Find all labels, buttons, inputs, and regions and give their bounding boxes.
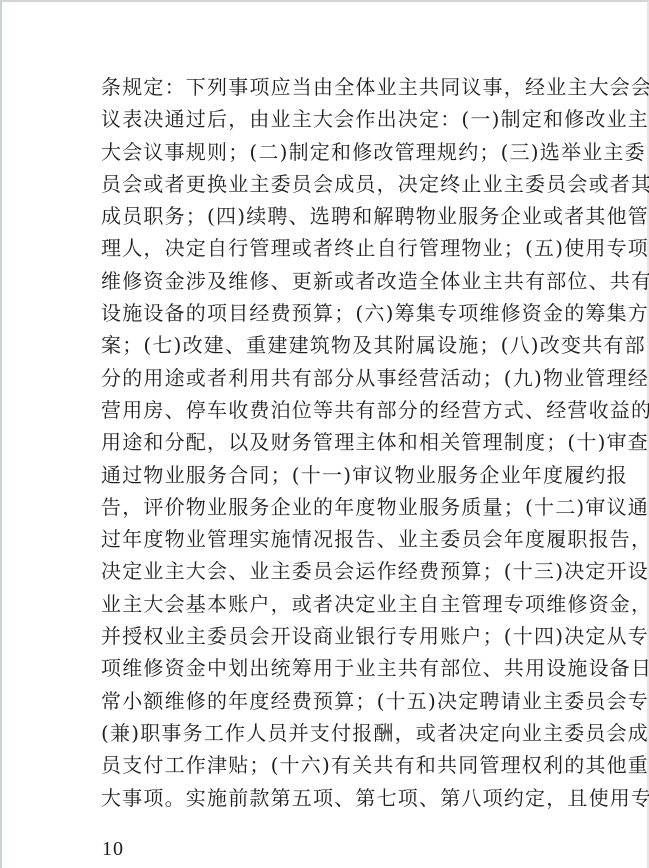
- text-line: (兼)职事务工作人员并支付报酬，或者决定向业主委员会成: [101, 717, 561, 749]
- text-line: 营用房、停车收费泊位等共有部分的经营方式、经营收益的: [101, 394, 561, 426]
- text-line: 议表决通过后，由业主大会作出决定：(一)制定和修改业主: [101, 103, 561, 135]
- text-line: 案；(七)改建、重建建筑物及其附属设施；(八)改变共有部: [101, 329, 561, 361]
- text-line: 常小额维修的年度经费预算；(十五)决定聘请业主委员会专: [101, 685, 561, 717]
- text-line: 条规定：下列事项应当由全体业主共同议事，经业主大会会: [101, 71, 561, 103]
- text-line: 设施设备的项目经费预算；(六)筹集专项维修资金的筹集方: [101, 297, 561, 329]
- text-line: 大会议事规则；(二)制定和修改管理规约；(三)选举业主委: [101, 136, 561, 168]
- text-line: 分的用途或者利用共有部分从事经营活动；(九)物业管理经: [101, 362, 561, 394]
- text-line: 告，评价物业服务企业的年度物业服务质量；(十二)审议通: [101, 491, 561, 523]
- text-line: 决定业主大会、业主委员会运作经费预算；(十三)决定开设: [101, 555, 561, 587]
- text-line: 大事项。实施前款第五项、第七项、第八项约定，且使用专: [101, 782, 561, 814]
- text-line: 员支付工作津贴；(十六)有关共有和共同管理权利的其他重: [101, 749, 561, 781]
- body-paragraph: 条规定：下列事项应当由全体业主共同议事，经业主大会会 议表决通过后，由业主大会作…: [101, 71, 561, 814]
- text-line: 业主大会基本账户，或者决定业主自主管理专项维修资金，: [101, 588, 561, 620]
- text-line: 过年度物业管理实施情况报告、业主委员会年度履职报告，: [101, 523, 561, 555]
- text-line: 用途和分配，以及财务管理主体和相关管理制度；(十)审查: [101, 426, 561, 458]
- text-line: 成员职务；(四)续聘、选聘和解聘物业服务企业或者其他管: [101, 200, 561, 232]
- text-line: 并授权业主委员会开设商业银行专用账户；(十四)决定从专: [101, 620, 561, 652]
- text-line: 理人，决定自行管理或者终止自行管理物业；(五)使用专项: [101, 232, 561, 264]
- text-line: 项维修资金中划出统筹用于业主共有部位、共用设施设备日: [101, 652, 561, 684]
- text-line: 维修资金涉及维修、更新或者改造全体业主共有部位、共有: [101, 265, 561, 297]
- text-line: 通过物业服务合同；(十一)审议物业服务企业年度履约报: [101, 459, 561, 491]
- page-number: 10: [102, 838, 124, 861]
- text-line: 员会或者更换业主委员会成员，决定终止业主委员会或者其: [101, 168, 561, 200]
- document-page: 条规定：下列事项应当由全体业主共同议事，经业主大会会 议表决通过后，由业主大会作…: [0, 0, 649, 868]
